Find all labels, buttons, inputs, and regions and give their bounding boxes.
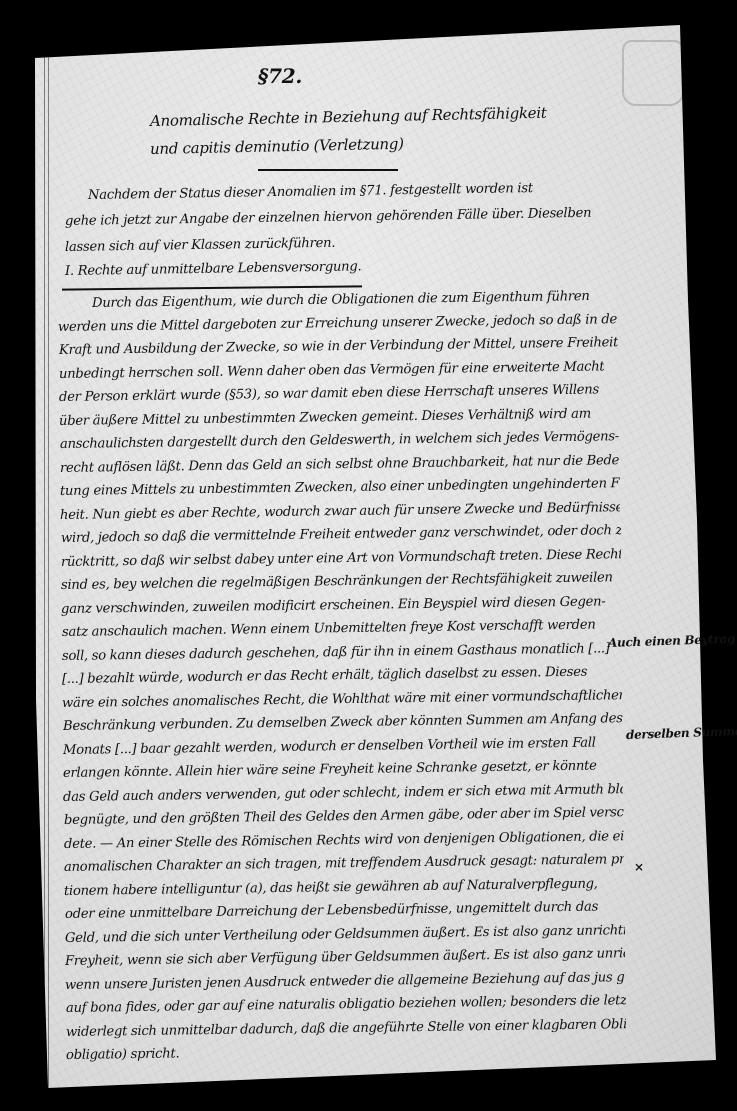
- margin-ruling-line: [48, 0, 49, 1111]
- margin-note: derselben Summe: [626, 724, 737, 742]
- margin-ruling-line: [44, 0, 45, 1111]
- margin-note-cross: ×: [634, 860, 644, 874]
- library-stamp: [622, 40, 684, 106]
- body-line: obligatio) spricht.: [66, 1046, 180, 1063]
- title-underline: [258, 169, 398, 171]
- section-heading: §72.: [258, 64, 302, 88]
